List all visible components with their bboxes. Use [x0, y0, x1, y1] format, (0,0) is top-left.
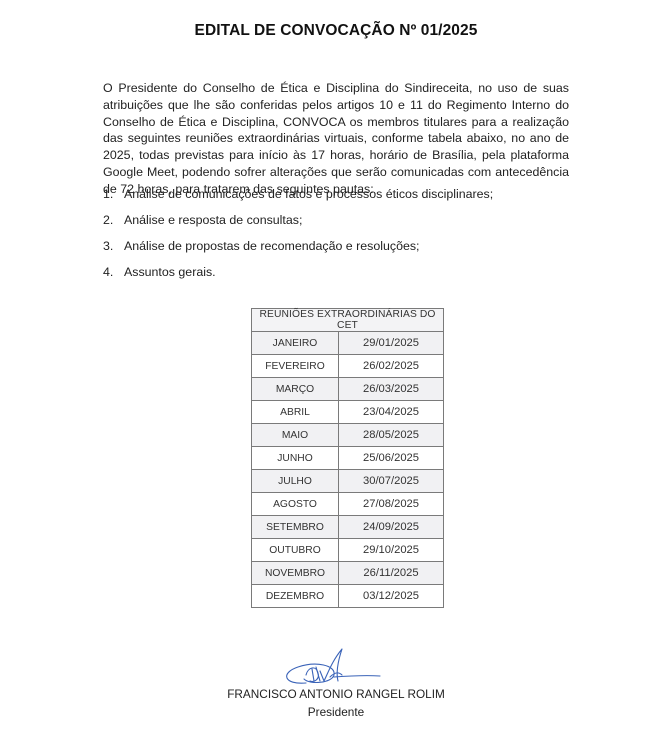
meeting-month: MAIO	[252, 424, 339, 447]
meeting-month: SETEMBRO	[252, 516, 339, 539]
document-title: EDITAL DE CONVOCAÇÃO Nº 01/2025	[0, 22, 672, 40]
agenda-item-number: 4.	[103, 264, 124, 290]
meeting-month: MARÇO	[252, 378, 339, 401]
table-row: OUTUBRO29/10/2025	[252, 539, 444, 562]
meeting-month: NOVEMBRO	[252, 562, 339, 585]
meetings-table-container: REUNIÕES EXTRAORDINÁRIAS DO CET JANEIRO2…	[251, 308, 444, 608]
table-row: MARÇO26/03/2025	[252, 378, 444, 401]
agenda-item-number: 3.	[103, 238, 124, 264]
convocation-paragraph: O Presidente do Conselho de Ética e Disc…	[103, 80, 569, 198]
agenda-list: 1. Análise de comunicações de fatos e pr…	[103, 186, 573, 290]
table-row: SETEMBRO24/09/2025	[252, 516, 444, 539]
agenda-item-text: Análise e resposta de consultas;	[124, 212, 302, 238]
meeting-date: 28/05/2025	[339, 424, 444, 447]
meeting-month: OUTUBRO	[252, 539, 339, 562]
meeting-date: 26/11/2025	[339, 562, 444, 585]
meetings-table-body: JANEIRO29/01/2025FEVEREIRO26/02/2025MARÇ…	[252, 332, 444, 608]
meeting-date: 23/04/2025	[339, 401, 444, 424]
meeting-date: 26/03/2025	[339, 378, 444, 401]
agenda-item-text: Análise de propostas de recomendação e r…	[124, 238, 420, 264]
agenda-item: 4. Assuntos gerais.	[103, 264, 573, 290]
table-row: JULHO30/07/2025	[252, 470, 444, 493]
meeting-month: JULHO	[252, 470, 339, 493]
meeting-date: 29/10/2025	[339, 539, 444, 562]
agenda-item: 3. Análise de propostas de recomendação …	[103, 238, 573, 264]
table-row: FEVEREIRO26/02/2025	[252, 355, 444, 378]
meetings-table: REUNIÕES EXTRAORDINÁRIAS DO CET JANEIRO2…	[251, 308, 444, 608]
table-row: MAIO28/05/2025	[252, 424, 444, 447]
agenda-item-text: Assuntos gerais.	[124, 264, 216, 290]
table-row: NOVEMBRO26/11/2025	[252, 562, 444, 585]
meeting-month: AGOSTO	[252, 493, 339, 516]
meetings-table-header: REUNIÕES EXTRAORDINÁRIAS DO CET	[252, 309, 444, 332]
meeting-month: JUNHO	[252, 447, 339, 470]
table-row: JANEIRO29/01/2025	[252, 332, 444, 355]
table-row: DEZEMBRO03/12/2025	[252, 585, 444, 608]
agenda-item-text: Análise de comunicações de fatos e proce…	[124, 186, 493, 212]
table-row: AGOSTO27/08/2025	[252, 493, 444, 516]
meeting-month: JANEIRO	[252, 332, 339, 355]
meeting-date: 30/07/2025	[339, 470, 444, 493]
signer-role: Presidente	[0, 705, 672, 719]
table-row: JUNHO25/06/2025	[252, 447, 444, 470]
table-row: ABRIL23/04/2025	[252, 401, 444, 424]
meeting-month: ABRIL	[252, 401, 339, 424]
meeting-date: 25/06/2025	[339, 447, 444, 470]
agenda-item: 2. Análise e resposta de consultas;	[103, 212, 573, 238]
meeting-date: 27/08/2025	[339, 493, 444, 516]
meeting-date: 24/09/2025	[339, 516, 444, 539]
meeting-month: FEVEREIRO	[252, 355, 339, 378]
meeting-date: 26/02/2025	[339, 355, 444, 378]
agenda-item: 1. Análise de comunicações de fatos e pr…	[103, 186, 573, 212]
signer-name: FRANCISCO ANTONIO RANGEL ROLIM	[0, 687, 672, 701]
agenda-item-number: 2.	[103, 212, 124, 238]
meeting-date: 29/01/2025	[339, 332, 444, 355]
meeting-month: DEZEMBRO	[252, 585, 339, 608]
meeting-date: 03/12/2025	[339, 585, 444, 608]
agenda-item-number: 1.	[103, 186, 124, 212]
